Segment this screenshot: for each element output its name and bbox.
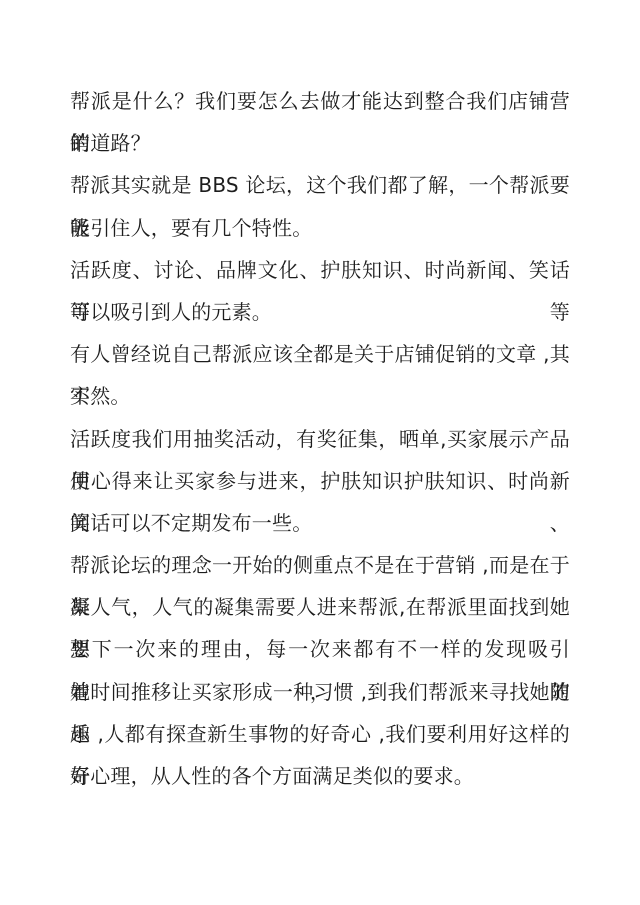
text-line: 着时间推移让买家形成一种习惯 ,到我们帮派来寻找她的乐	[70, 671, 570, 713]
text-line: 帮派论坛的理念一开始的侧重点不是在于营销 ,而是在于凝	[70, 544, 570, 586]
text-line: 不然。	[70, 375, 570, 417]
text-line: 的道路？	[70, 122, 570, 164]
text-line: 要下一次来的理由，每一次来都有不一样的发现吸引她，随	[70, 628, 570, 670]
text-line: 奇心理，从人性的各个方面满足类似的要求。	[70, 755, 570, 797]
text-line: 活跃度我们用抽奖活动，有奖征集，晒单,买家展示产品使	[70, 418, 570, 460]
text-line: 趣 ,人都有探查新生事物的好奇心 ,我们要利用好这样的好	[70, 713, 570, 755]
text-line: 活跃度、讨论、品牌文化、护肤知识、时尚新闻、笑话等等	[70, 249, 570, 291]
text-line: 吸引住人，要有几个特性。	[70, 207, 570, 249]
paragraph: 帮派是什么？我们要怎么去做才能达到整合我们店铺营销 的道路？	[70, 80, 570, 164]
paragraph: 有人曾经说自己帮派应该全都是关于店铺促销的文章 ,其实 不然。	[70, 333, 570, 417]
text-line: 有人曾经说自己帮派应该全都是关于店铺促销的文章 ,其实	[70, 333, 570, 375]
text-line: 帮派是什么？我们要怎么去做才能达到整合我们店铺营销	[70, 80, 570, 122]
text-line: 用心得来让买家参与进来，护肤知识护肤知识、时尚新闻、	[70, 460, 570, 502]
paragraph: 帮派论坛的理念一开始的侧重点不是在于营销 ,而是在于凝 集人气，人气的凝集需要人…	[70, 544, 570, 797]
paragraph: 帮派其实就是 BBS 论坛，这个我们都了解，一个帮派要能 吸引住人，要有几个特性…	[70, 164, 570, 248]
text-line: 帮派其实就是 BBS 论坛，这个我们都了解，一个帮派要能	[70, 164, 570, 206]
text-line: 集人气，人气的凝集需要人进来帮派,在帮派里面找到她想	[70, 586, 570, 628]
document-page: 帮派是什么？我们要怎么去做才能达到整合我们店铺营销 的道路？ 帮派其实就是 BB…	[0, 0, 640, 905]
paragraph: 活跃度、讨论、品牌文化、护肤知识、时尚新闻、笑话等等 可以吸引到人的元素。	[70, 249, 570, 333]
paragraph: 活跃度我们用抽奖活动，有奖征集，晒单,买家展示产品使 用心得来让买家参与进来，护…	[70, 418, 570, 545]
article-text: 帮派是什么？我们要怎么去做才能达到整合我们店铺营销 的道路？ 帮派其实就是 BB…	[70, 80, 570, 797]
